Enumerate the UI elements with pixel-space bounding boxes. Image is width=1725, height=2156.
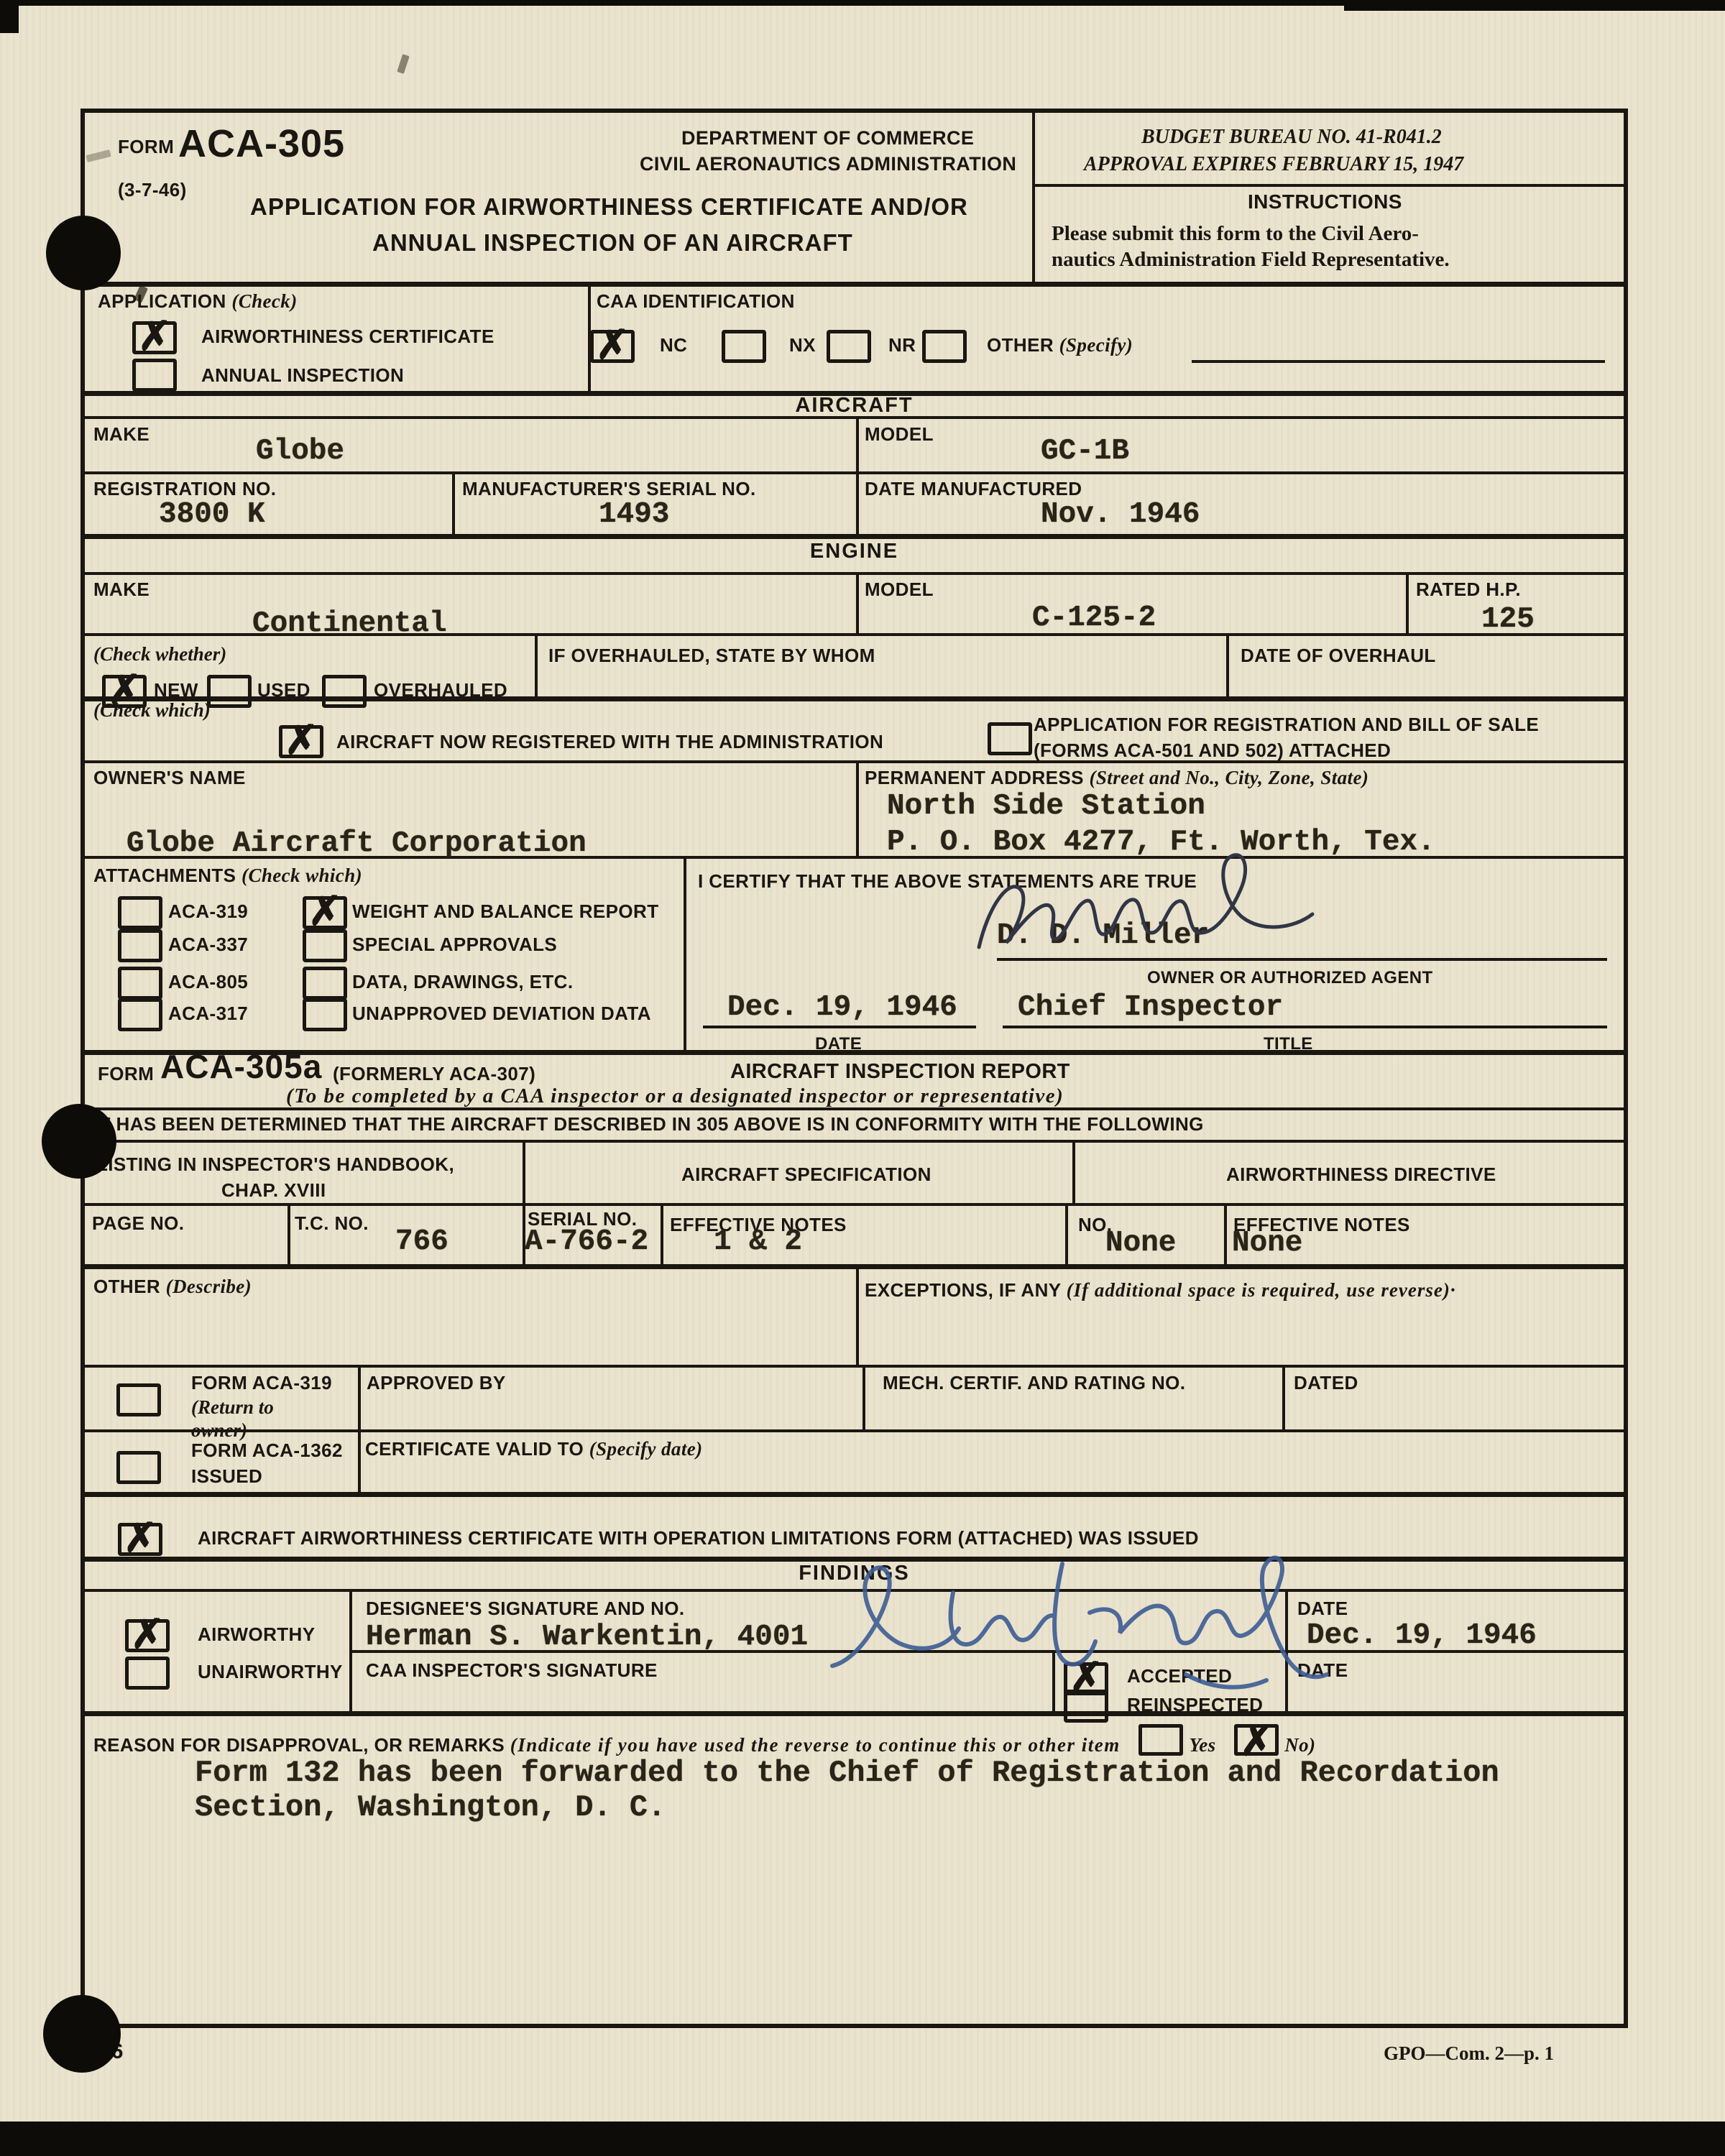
- effective-notes-value[interactable]: 1 & 2: [714, 1225, 802, 1258]
- mfr-serial-label: MANUFACTURER'S SERIAL NO.: [462, 478, 756, 500]
- issued-label: ISSUED: [191, 1465, 262, 1488]
- scan-edge-top-right: [1344, 0, 1725, 11]
- certification-date-value[interactable]: Dec. 19, 1946: [727, 991, 957, 1024]
- divider: [1032, 113, 1035, 282]
- divider: [661, 1203, 663, 1264]
- unapproved-deviation-label: UNAPPROVED DEVIATION DATA: [352, 1003, 651, 1025]
- engine-used-checkbox[interactable]: [207, 675, 252, 708]
- scanned-form-page: FORM ACA-305 (3-7-46) DEPARTMENT OF COMM…: [0, 0, 1725, 2156]
- inspection-form-label: FORM: [98, 1063, 154, 1085]
- agent-label: OWNER OR AUTHORIZED AGENT: [1147, 968, 1433, 988]
- directive-header: AIRWORTHINESS DIRECTIVE: [1226, 1164, 1496, 1186]
- remarks-no-checkbox[interactable]: [1234, 1724, 1279, 1756]
- listing-line1: LISTING IN INSPECTOR'S HANDBOOK,: [96, 1153, 454, 1176]
- aircraft-section-title: AIRCRAFT: [85, 394, 1624, 418]
- aca-805-checkbox[interactable]: [118, 967, 162, 1000]
- inspection-title: AIRCRAFT INSPECTION REPORT: [730, 1060, 1070, 1084]
- remarks-hint: (Indicate if you have used the reverse t…: [510, 1734, 1121, 1756]
- nc-checkbox[interactable]: [590, 330, 635, 363]
- approval-expires: APPROVAL EXPIRES FEBRUARY 15, 1947: [1084, 153, 1463, 176]
- aca-805-label: ACA-805: [168, 971, 248, 993]
- budget-bureau-no: BUDGET BUREAU NO. 41-R041.2: [1141, 126, 1442, 149]
- remarks-body-line2[interactable]: Section, Washington, D. C.: [195, 1790, 666, 1825]
- divider: [85, 572, 1624, 575]
- divider: [856, 572, 859, 633]
- attachments-hint: (Check which): [241, 865, 362, 886]
- airworthy-checkbox[interactable]: [125, 1619, 170, 1652]
- permanent-address-label: PERMANENT ADDRESS (Street and No., City,…: [865, 767, 1368, 789]
- designee-signature-label: DESIGNEE'S SIGNATURE AND NO.: [366, 1598, 685, 1620]
- nx-checkbox[interactable]: [722, 330, 766, 363]
- remarks-yes-label: Yes: [1189, 1734, 1215, 1756]
- exceptions-text: EXCEPTIONS, IF ANY: [865, 1279, 1061, 1301]
- aca-337-label: ACA-337: [168, 934, 248, 956]
- divider: [1052, 1650, 1055, 1711]
- inspection-form-number: ACA-305a: [160, 1047, 322, 1086]
- nc-label: NC: [660, 334, 687, 356]
- remarks-row: REASON FOR DISAPPROVAL, OR REMARKS (Indi…: [93, 1724, 1315, 1756]
- divider: [85, 1429, 1624, 1432]
- aca-337-checkbox[interactable]: [118, 929, 162, 962]
- aircraft-make-label: MAKE: [93, 423, 149, 446]
- mfr-serial-value[interactable]: 1493: [599, 498, 669, 531]
- punch-hole: [43, 1995, 121, 2073]
- certificate-valid-text: CERTIFICATE VALID TO: [365, 1438, 584, 1460]
- reinspected-checkbox[interactable]: [1064, 1690, 1108, 1723]
- data-drawings-checkbox[interactable]: [303, 967, 347, 1000]
- findings-date2-label: DATE: [1297, 1659, 1348, 1682]
- other-describe-hint: (Describe): [166, 1276, 252, 1297]
- divider: [1226, 633, 1229, 696]
- special-approvals-label: SPECIAL APPROVALS: [352, 934, 557, 956]
- other-describe-text: OTHER: [93, 1276, 160, 1297]
- form-aca-319-checkbox[interactable]: [116, 1383, 161, 1416]
- remarks-no-label: No): [1284, 1734, 1315, 1756]
- divider: [85, 696, 1624, 701]
- exceptions-label: EXCEPTIONS, IF ANY (If additional space …: [865, 1276, 1591, 1306]
- registered-label: AIRCRAFT NOW REGISTERED WITH THE ADMINIS…: [336, 731, 883, 753]
- form-date: (3-7-46): [118, 179, 187, 201]
- divider: [523, 1140, 525, 1203]
- divider: [85, 1589, 1624, 1592]
- form-aca-1362-checkbox[interactable]: [116, 1451, 161, 1484]
- permanent-address-hint: (Street and No., City, Zone, State): [1090, 767, 1369, 788]
- aca-319-label: ACA-319: [168, 900, 248, 923]
- aca-305-form: FORM ACA-305 (3-7-46) DEPARTMENT OF COMM…: [80, 109, 1628, 2028]
- agent-signature-line[interactable]: [997, 958, 1607, 961]
- application-label-text: APPLICATION: [98, 290, 226, 312]
- other-label: OTHER (Specify): [987, 334, 1133, 356]
- divider: [1032, 184, 1624, 187]
- aircraft-model-label: MODEL: [865, 423, 934, 446]
- other-label-text: OTHER: [987, 334, 1054, 356]
- aca-317-checkbox[interactable]: [118, 998, 162, 1031]
- application-attached-line1: APPLICATION FOR REGISTRATION AND BILL OF…: [1034, 714, 1539, 736]
- nx-label: NX: [789, 334, 816, 356]
- other-specify-blank[interactable]: [1192, 360, 1605, 363]
- title-label: TITLE: [1264, 1034, 1313, 1054]
- certificate-valid-label: CERTIFICATE VALID TO (Specify date): [365, 1438, 703, 1460]
- remarks-label: REASON FOR DISAPPROVAL, OR REMARKS: [93, 1734, 505, 1756]
- inspection-formerly: (FORMERLY ACA-307): [333, 1063, 535, 1085]
- aca-319-checkbox[interactable]: [118, 896, 162, 929]
- divider: [85, 1203, 1624, 1206]
- engine-new-label: NEW: [154, 679, 198, 701]
- engine-section-title: ENGINE: [85, 540, 1624, 563]
- spec-header: AIRCRAFT SPECIFICATION: [681, 1164, 931, 1186]
- return-to-hint1: (Return to: [191, 1396, 274, 1419]
- nr-checkbox[interactable]: [827, 330, 871, 363]
- other-describe-label: OTHER (Describe): [93, 1276, 252, 1298]
- tc-no-label: T.C. NO.: [295, 1212, 369, 1235]
- scan-edge-bottom: [0, 2122, 1725, 2156]
- owner-name-value[interactable]: Globe Aircraft Corporation: [126, 827, 586, 860]
- tc-no-value[interactable]: 766: [395, 1225, 448, 1258]
- instructions-title: INSTRUCTIONS: [1248, 190, 1402, 213]
- page-no-label: PAGE NO.: [92, 1212, 184, 1235]
- punch-hole: [42, 1104, 116, 1179]
- other-label-hint: (Specify): [1059, 334, 1133, 356]
- determined-statement: IT HAS BEEN DETERMINED THAT THE AIRCRAFT…: [93, 1113, 1204, 1135]
- application-label: APPLICATION (Check): [98, 290, 298, 313]
- divider: [1072, 1140, 1075, 1203]
- engine-used-label: USED: [257, 679, 310, 701]
- divider: [1282, 1365, 1285, 1429]
- form-label: FORM: [118, 136, 174, 158]
- dept-line1: DEPARTMENT OF COMMERCE: [681, 127, 974, 149]
- remarks-body-line1[interactable]: Form 132 has been forwarded to the Chief…: [195, 1756, 1499, 1790]
- date-of-overhaul-label: DATE OF OVERHAUL: [1241, 645, 1436, 667]
- reinspected-label: REINSPECTED: [1127, 1694, 1263, 1716]
- certify-statement: I CERTIFY THAT THE ABOVE STATEMENTS ARE …: [698, 870, 1197, 893]
- date-label: DATE: [815, 1034, 862, 1054]
- address-line2-value[interactable]: P. O. Box 4277, Ft. Worth, Tex.: [887, 826, 1435, 859]
- scan-speck: [397, 54, 410, 74]
- divider: [1224, 1203, 1227, 1264]
- cert-issued-checkbox[interactable]: [118, 1523, 162, 1556]
- findings-section-title: FINDINGS: [85, 1562, 1624, 1585]
- nr-label: NR: [888, 334, 916, 356]
- divider: [287, 1203, 290, 1264]
- divider: [856, 416, 859, 534]
- inspection-subtitle: (To be completed by a CAA inspector or a…: [286, 1084, 1064, 1108]
- date-line[interactable]: [703, 1026, 976, 1028]
- engine-model-label: MODEL: [865, 579, 934, 601]
- check-which-hint: (Check which): [93, 699, 211, 722]
- application-attached-line2: (FORMS ACA-501 AND 502) ATTACHED: [1034, 740, 1391, 762]
- divider: [1285, 1589, 1288, 1711]
- attachments-text: ATTACHMENTS: [93, 865, 236, 886]
- divider: [862, 1365, 865, 1429]
- date-manufactured-label: DATE MANUFACTURED: [865, 478, 1082, 500]
- divider: [1406, 572, 1409, 633]
- dept-line2: CIVIL AERONAUTICS ADMINISTRATION: [640, 153, 1016, 175]
- airworthy-label: AIRWORTHY: [198, 1623, 315, 1646]
- form-aca-319-label: FORM ACA-319: [191, 1372, 332, 1394]
- remarks-yes-checkbox[interactable]: [1138, 1724, 1183, 1756]
- unairworthy-checkbox[interactable]: [125, 1657, 170, 1690]
- check-whether-hint: (Check whether): [93, 643, 226, 665]
- permanent-address-text: PERMANENT ADDRESS: [865, 767, 1084, 788]
- certificate-valid-hint: (Specify date): [589, 1438, 703, 1460]
- divider: [85, 1557, 1624, 1562]
- airworthiness-certificate-checkbox[interactable]: [132, 321, 177, 354]
- registration-no-label: REGISTRATION NO.: [93, 478, 276, 500]
- application-label-hint: (Check): [231, 290, 297, 312]
- cert-issued-label: AIRCRAFT AIRWORTHINESS CERTIFICATE WITH …: [198, 1527, 1199, 1549]
- divider: [85, 471, 1624, 474]
- rated-hp-value[interactable]: 125: [1481, 603, 1535, 636]
- weight-balance-label: WEIGHT AND BALANCE REPORT: [352, 900, 658, 923]
- form-title-line1: APPLICATION FOR AIRWORTHINESS CERTIFICAT…: [250, 193, 968, 221]
- divider: [85, 1492, 1624, 1497]
- other-checkbox[interactable]: [922, 330, 967, 363]
- application-attached-checkbox[interactable]: [988, 722, 1032, 755]
- divider: [85, 1711, 1624, 1716]
- scan-edge-corner: [0, 0, 19, 33]
- serial-no-value[interactable]: A-766-2: [525, 1225, 648, 1258]
- rated-hp-label: RATED H.P.: [1416, 579, 1521, 601]
- engine-overhauled-checkbox[interactable]: [322, 675, 367, 708]
- data-drawings-label: DATA, DRAWINGS, ETC.: [352, 971, 573, 993]
- registered-checkbox[interactable]: [279, 725, 323, 758]
- footer-gpo: GPO—Com. 2—p. 1: [1384, 2042, 1554, 2065]
- aircraft-make-value[interactable]: Globe: [256, 435, 344, 468]
- weight-balance-checkbox[interactable]: [303, 896, 347, 929]
- dated-label: DATED: [1294, 1372, 1358, 1394]
- caa-inspector-signature-label: CAA INSPECTOR'S SIGNATURE: [366, 1659, 658, 1682]
- instructions-line1: Please submit this form to the Civil Aer…: [1052, 222, 1419, 246]
- registration-no-value[interactable]: 3800 K: [159, 498, 265, 531]
- findings-date-value[interactable]: Dec. 19, 1946: [1307, 1619, 1537, 1652]
- owner-name-label: OWNER'S NAME: [93, 767, 246, 789]
- engine-model-value[interactable]: C-125-2: [1032, 602, 1156, 635]
- airworthiness-certificate-label: AIRWORTHINESS CERTIFICATE: [201, 326, 494, 348]
- listing-line2: CHAP. XVIII: [221, 1179, 326, 1202]
- attachments-label: ATTACHMENTS (Check which): [93, 865, 362, 887]
- form-title-line2: ANNUAL INSPECTION OF AN AIRCRAFT: [372, 229, 853, 257]
- divider: [856, 1264, 859, 1365]
- divider: [85, 534, 1624, 539]
- designee-name-value[interactable]: Herman S. Warkentin, 4001: [366, 1621, 808, 1654]
- return-to-hint2: owner): [191, 1419, 247, 1442]
- instructions-line2: nautics Administration Field Representat…: [1052, 248, 1450, 272]
- annual-inspection-checkbox[interactable]: [132, 359, 177, 392]
- mech-certif-label: MECH. CERTIF. AND RATING NO.: [883, 1372, 1185, 1394]
- special-approvals-checkbox[interactable]: [303, 929, 347, 962]
- divider: [1065, 1203, 1068, 1264]
- accepted-label: ACCEPTED: [1127, 1665, 1232, 1687]
- unapproved-deviation-checkbox[interactable]: [303, 998, 347, 1031]
- divider: [856, 760, 859, 856]
- approved-by-label: APPROVED BY: [367, 1372, 506, 1394]
- divider: [452, 471, 455, 534]
- divider: [85, 1140, 1624, 1143]
- divider: [85, 1264, 1624, 1269]
- form-number: ACA-305: [178, 121, 345, 166]
- overhauled-by-label: IF OVERHAULED, STATE BY WHOM: [548, 645, 875, 667]
- divider: [85, 1365, 1624, 1368]
- ad-no-value[interactable]: None: [1105, 1227, 1176, 1260]
- ad-notes-value[interactable]: None: [1232, 1227, 1302, 1260]
- annual-inspection-label: ANNUAL INSPECTION: [201, 364, 404, 387]
- aca-317-label: ACA-317: [168, 1003, 248, 1025]
- caa-identification-label: CAA IDENTIFICATION: [597, 290, 795, 313]
- divider: [358, 1365, 361, 1492]
- date-manufactured-value[interactable]: Nov. 1946: [1041, 498, 1200, 531]
- aircraft-model-value[interactable]: GC-1B: [1041, 435, 1129, 468]
- divider: [85, 282, 1624, 287]
- title-line[interactable]: [1003, 1026, 1607, 1028]
- certification-title-value[interactable]: Chief Inspector: [1018, 991, 1283, 1024]
- engine-make-value[interactable]: Continental: [252, 607, 447, 640]
- punch-hole: [46, 216, 121, 290]
- signed-name-value[interactable]: D. D. Miller: [997, 919, 1209, 952]
- engine-make-label: MAKE: [93, 579, 149, 601]
- exceptions-hint: (If additional space is required, use re…: [1067, 1279, 1456, 1301]
- form-aca-1362-label: FORM ACA-1362: [191, 1439, 343, 1462]
- findings-date-label: DATE: [1297, 1598, 1348, 1620]
- divider: [349, 1589, 352, 1711]
- address-line1-value[interactable]: North Side Station: [887, 790, 1205, 823]
- divider: [684, 856, 686, 1050]
- unairworthy-label: UNAIRWORTHY: [198, 1661, 343, 1683]
- engine-overhauled-label: OVERHAULED: [374, 679, 507, 701]
- divider: [535, 633, 538, 696]
